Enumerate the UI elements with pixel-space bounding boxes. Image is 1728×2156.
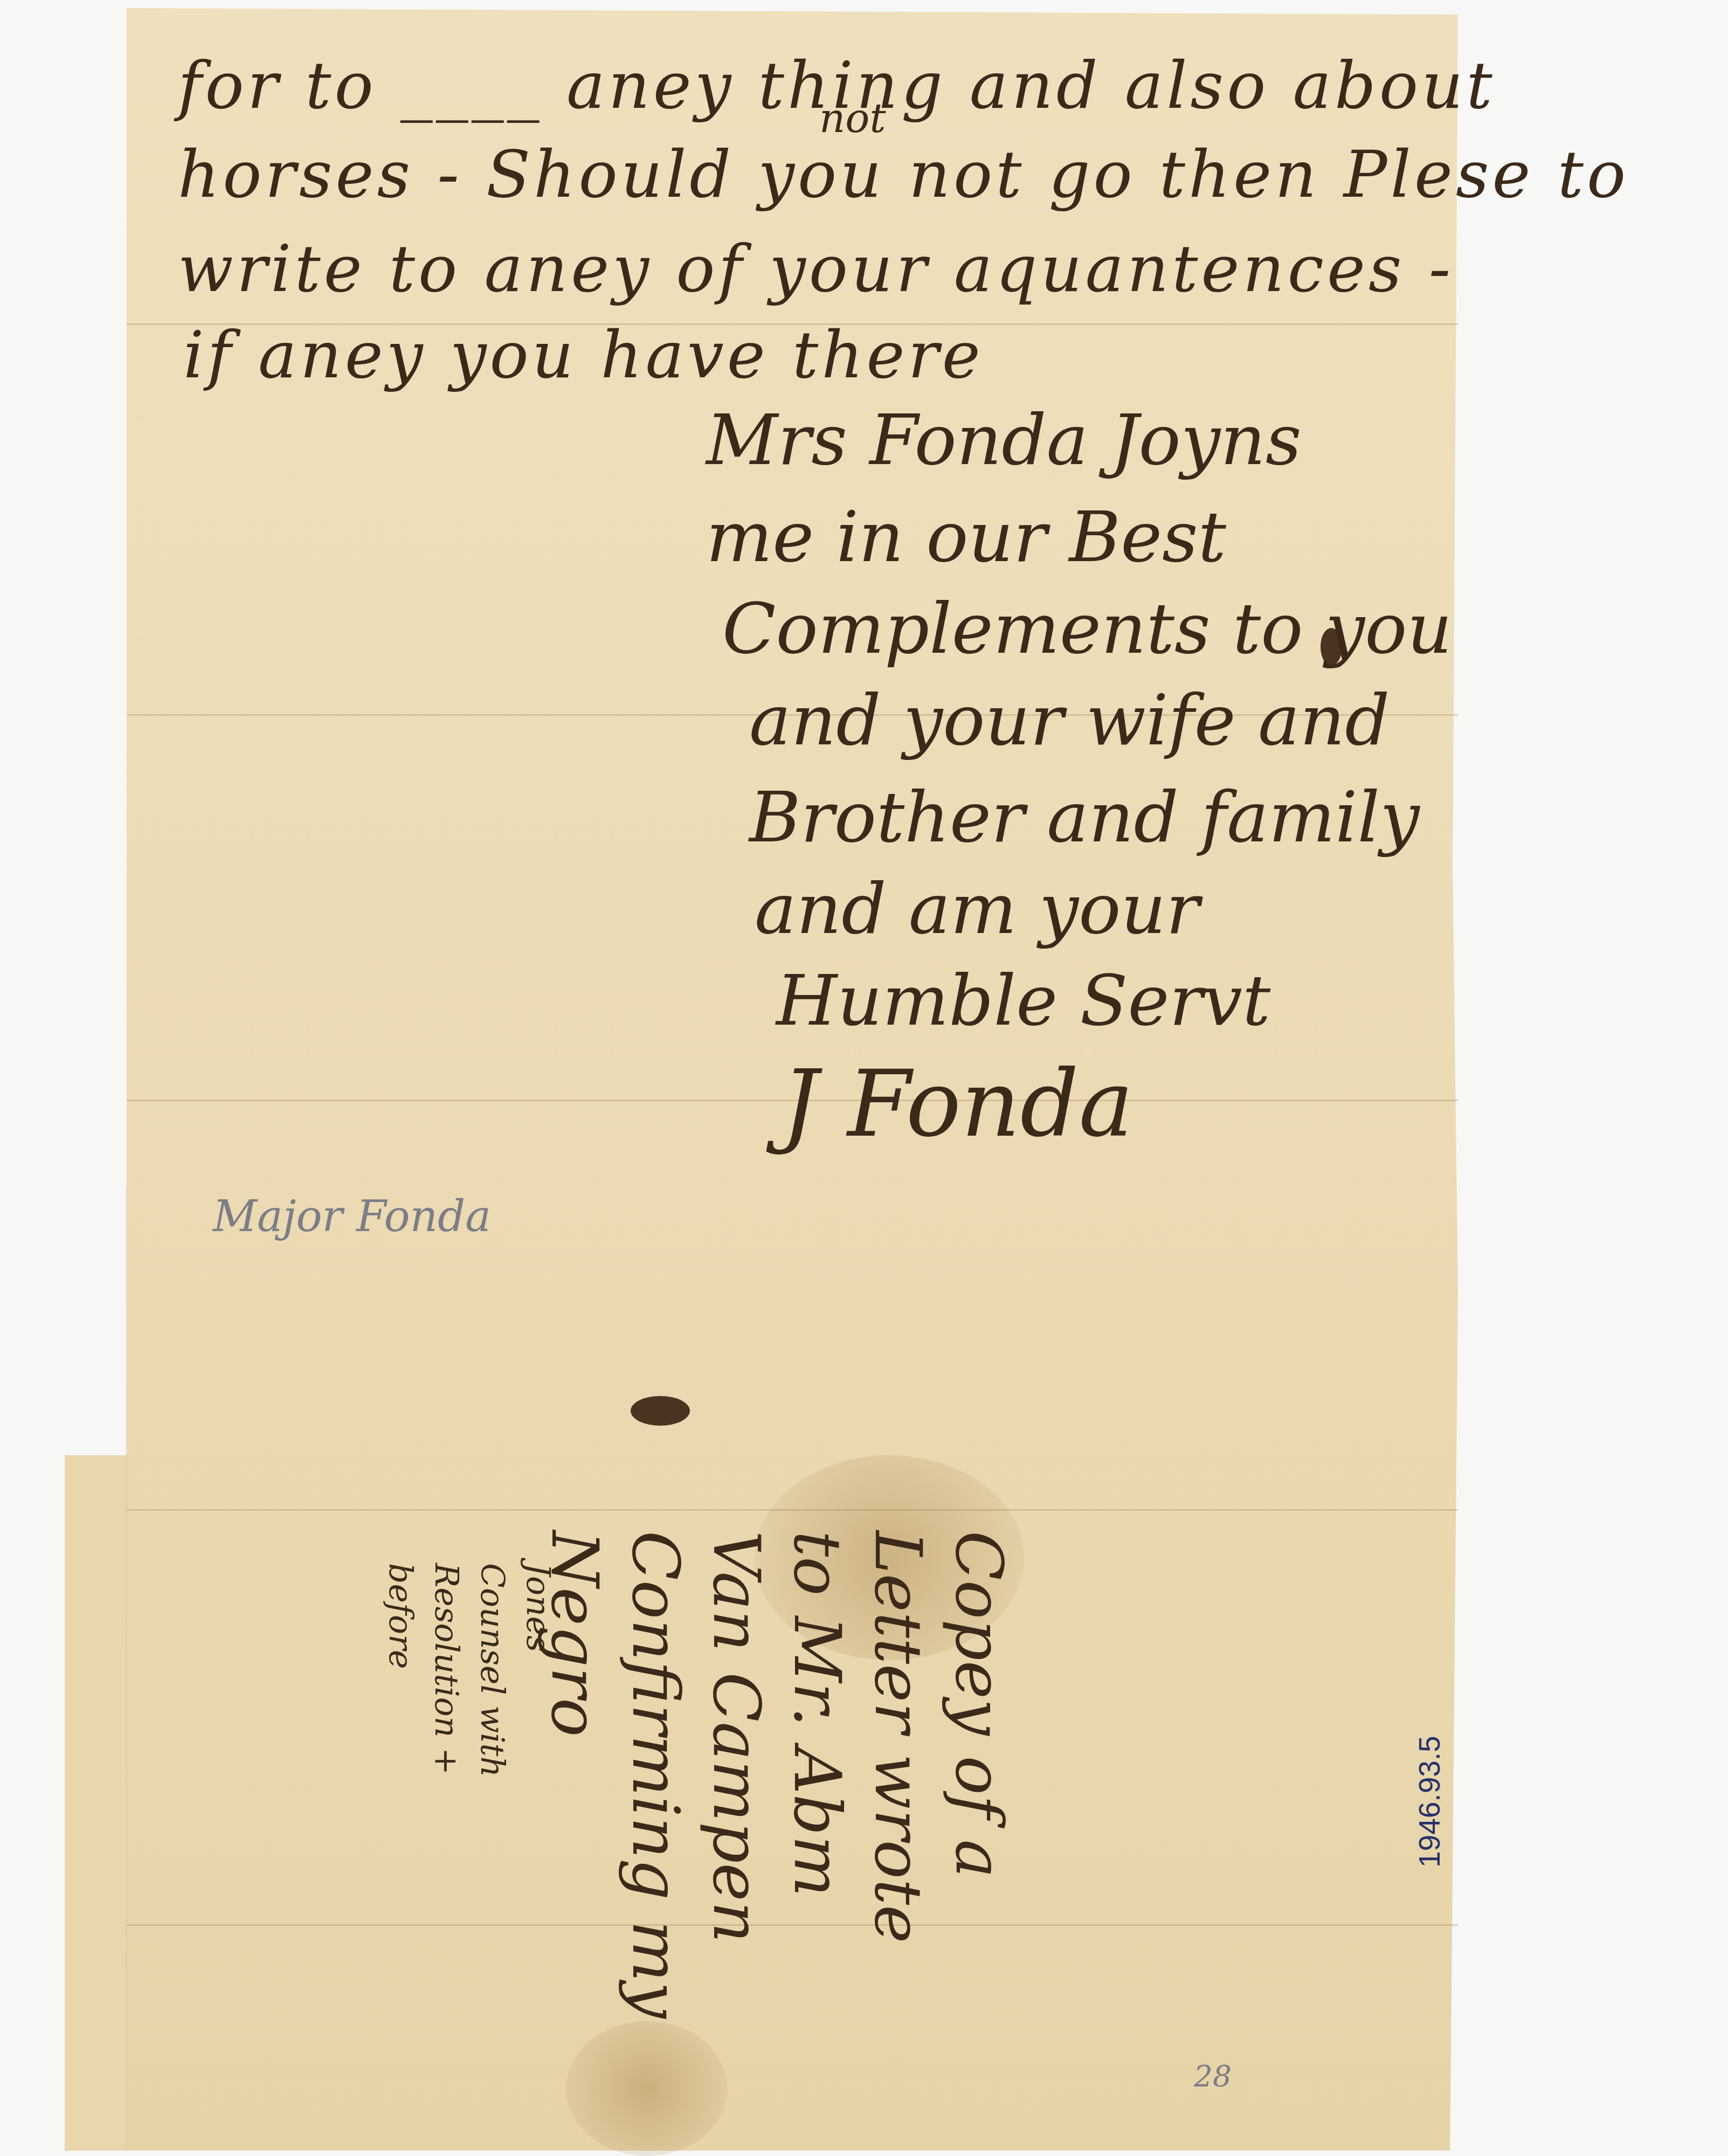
letter-line: horses - Should you not go then Plese to <box>178 137 1629 212</box>
closing-line: Brother and family <box>749 776 1420 858</box>
closing-line: me in our Best <box>706 496 1226 578</box>
docket-small-line: Resolution + <box>423 1563 469 1777</box>
docket-line: Letter wrote <box>857 1531 938 2019</box>
letter-line: write to aney of your aquantences - <box>178 232 1454 307</box>
valediction: Humble Servt <box>776 959 1270 1041</box>
docket-line: Van Campen <box>695 1531 776 2019</box>
water-stain <box>566 2021 728 2156</box>
docket-small-line: Jones <box>515 1563 561 1777</box>
docket-small-line: before <box>377 1563 423 1777</box>
docket-small-line: Counsel with <box>469 1563 515 1777</box>
closing-line: Mrs Fonda Joyns <box>706 399 1302 481</box>
docket-line: to Mr. Abm <box>776 1531 857 2019</box>
docket-small: Jones Counsel with Resolution + before <box>377 1563 561 1777</box>
signature: J Fonda <box>782 1051 1133 1158</box>
accession-number: 1946.93.5 <box>1412 1736 1447 1868</box>
pencil-note: Major Fonda <box>213 1191 491 1241</box>
interlinear-insertion: not <box>819 94 886 142</box>
docket-line: Confirming my <box>614 1531 695 2019</box>
docket-line: Copey of a <box>938 1531 1019 2019</box>
letter-line: if aney you have there <box>183 318 984 393</box>
docket: Copey of a Letter wrote to Mr. Abm Van C… <box>534 1531 1019 2019</box>
page-number: 28 <box>1194 2059 1232 2093</box>
closing-line: Complements to you <box>722 588 1452 669</box>
closing-line: and your wife and <box>749 679 1390 761</box>
closing-line: and am your <box>755 868 1199 950</box>
ink-blot <box>631 1396 690 1426</box>
